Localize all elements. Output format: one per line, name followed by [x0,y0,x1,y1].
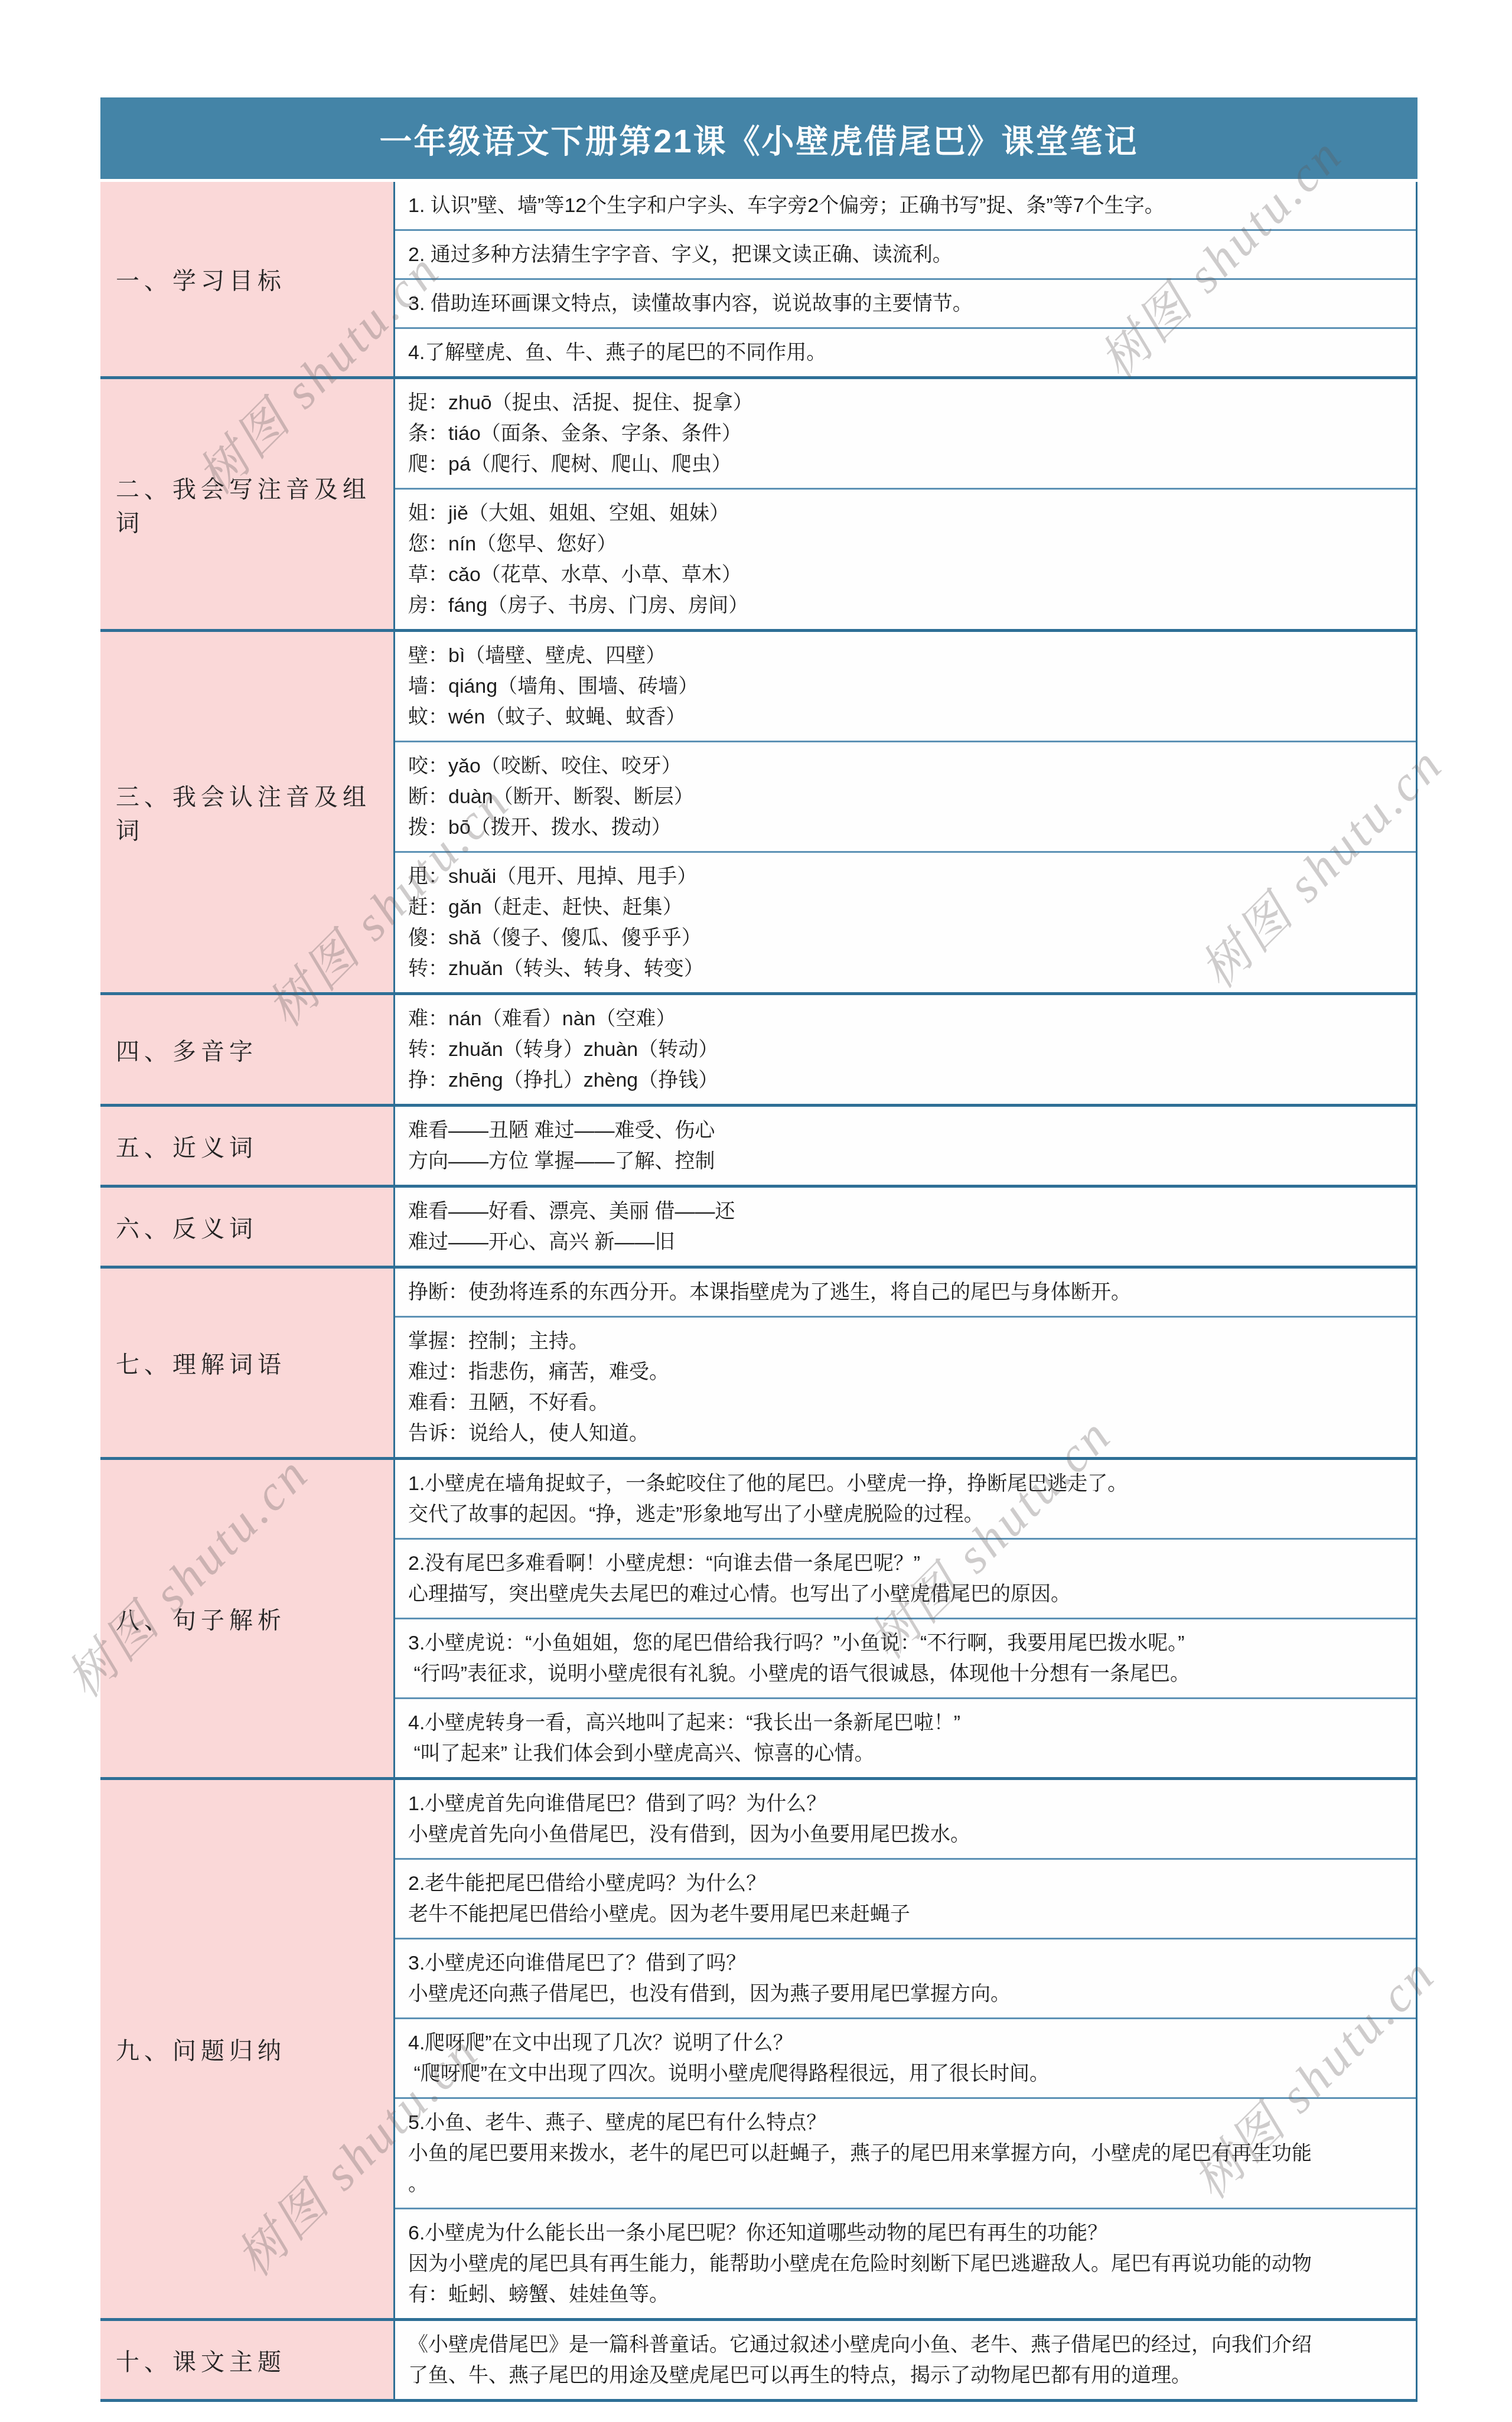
text-line: “行吗”表征求，说明小壁虎很有礼貌。小壁虎的语气很诚恳，体现他十分想有一条尾巴。 [408,1658,1403,1689]
text-line: 赶：gǎn（赶走、赶快、赶集） [408,892,1403,922]
section-label: 五、近义词 [100,1107,393,1185]
text-line: 断：duàn（断开、断裂、断层） [408,781,1403,812]
table-section: 一、学习目标 1. 认识”壁、墙”等12个生字和户字头、车字旁2个偏旁；正确书写… [100,182,1417,376]
text-line: 甩：shuǎi（甩开、甩掉、甩手） [408,861,1403,892]
table-row: 3.小壁虎还向谁借尾巴了？借到了吗？ 小壁虎还向燕子借尾巴，也没有借到，因为燕子… [395,1938,1416,2017]
section-rows: 难：nán（难看）nàn（空难） 转：zhuǎn（转身）zhuàn（转动） 挣：… [393,995,1417,1104]
text-line: 6.小壁虎为什么能长出一条小尾巴呢？你还知道哪些动物的尾巴有再生的功能？ [408,2218,1403,2248]
section-label: 三、我会认注音及组词 [100,632,393,992]
table-row: 4.爬呀爬”在文中出现了几次？说明了什么？ “爬呀爬”在文中出现了四次。说明小壁… [395,2017,1416,2097]
text-line: 3.小壁虎说：“小鱼姐姐，您的尾巴借给我行吗？”小鱼说：“不行啊，我要用尾巴拨水… [408,1628,1403,1658]
table-section: 五、近义词 难看——丑陋 难过——难受、伤心 方向——方位 掌握——了解、控制 [100,1104,1417,1185]
table-section: 七、理解词语 挣断：使劲将连系的东西分开。本课指壁虎为了逃生，将自己的尾巴与身体… [100,1266,1417,1457]
text-line: 爬：pá（爬行、爬树、爬山、爬虫） [408,449,1403,480]
table-row: 1.小壁虎首先向谁借尾巴？借到了吗？为什么？ 小壁虎首先向小鱼借尾巴，没有借到，… [395,1780,1416,1858]
text-line: 难过：指悲伤，痛苦，难受。 [408,1357,1403,1387]
text-line: 墙：qiáng（墙角、围墙、砖墙） [408,671,1403,702]
section-label: 二、我会写注音及组词 [100,379,393,629]
text-line: 2. 通过多种方法猜生字字音、字义，把课文读正确、读流利。 [408,239,1403,270]
table-row: 4.了解壁虎、鱼、牛、燕子的尾巴的不同作用。 [395,327,1416,376]
table-section: 十、课文主题 《小壁虎借尾巴》是一篇科普童话。它通过叙述小壁虎向小鱼、老牛、燕子… [100,2318,1417,2399]
text-line: 4.爬呀爬”在文中出现了几次？说明了什么？ [408,2027,1403,2058]
text-line: 傻：shǎ（傻子、傻瓜、傻乎乎） [408,922,1403,953]
table-row: 2. 通过多种方法猜生字字音、字义，把课文读正确、读流利。 [395,229,1416,278]
table-section: 三、我会认注音及组词 壁：bì（墙壁、壁虎、四壁） 墙：qiáng（墙角、围墙、… [100,629,1417,992]
title-bar: 一年级语文下册第21课《小壁虎借尾巴》课堂笔记 [100,97,1417,179]
table-row: 难：nán（难看）nàn（空难） 转：zhuǎn（转身）zhuàn（转动） 挣：… [395,995,1416,1104]
section-label: 九、问题归纳 [100,1780,393,2318]
text-line: 难看：丑陋，不好看。 [408,1387,1403,1418]
text-line: 《小壁虎借尾巴》是一篇科普童话。它通过叙述小壁虎向小鱼、老牛、燕子借尾巴的经过，… [408,2329,1403,2360]
text-line: 2.老牛能把尾巴借给小壁虎吗？为什么？ [408,1868,1403,1899]
table-row: 3. 借助连环画课文特点，读懂故事内容，说说故事的主要情节。 [395,278,1416,327]
text-line: 难看——好看、漂亮、美丽 借——还 [408,1196,1403,1227]
table-row: 3.小壁虎说：“小鱼姐姐，您的尾巴借给我行吗？”小鱼说：“不行啊，我要用尾巴拨水… [395,1618,1416,1697]
section-rows: 难看——好看、漂亮、美丽 借——还 难过——开心、高兴 新——旧 [393,1188,1417,1266]
section-rows: 《小壁虎借尾巴》是一篇科普童话。它通过叙述小壁虎向小鱼、老牛、燕子借尾巴的经过，… [393,2321,1417,2399]
text-line: 转：zhuǎn（转头、转身、转变） [408,953,1403,984]
table-row: 姐：jiě（大姐、姐姐、空姐、姐妹） 您：nín（您早、您好） 草：cǎo（花草… [395,488,1416,629]
text-line: 1.小壁虎首先向谁借尾巴？借到了吗？为什么？ [408,1788,1403,1819]
text-line: “爬呀爬”在文中出现了四次。说明小壁虎爬得路程很远，用了很长时间。 [408,2058,1403,2089]
text-line: 。 [408,2169,1403,2199]
text-line: 姐：jiě（大姐、姐姐、空姐、姐妹） [408,498,1403,529]
table-section: 六、反义词 难看——好看、漂亮、美丽 借——还 难过——开心、高兴 新——旧 [100,1185,1417,1266]
text-line: 2.没有尾巴多难看啊！小壁虎想：“向谁去借一条尾巴呢？” [408,1548,1403,1579]
text-line: 您：nín（您早、您好） [408,529,1403,559]
table-row: 1. 认识”壁、墙”等12个生字和户字头、车字旁2个偏旁；正确书写”捉、条”等7… [395,182,1416,229]
text-line: 心理描写，突出壁虎失去尾巴的难过心情。也写出了小壁虎借尾巴的原因。 [408,1579,1403,1609]
text-line: 了鱼、牛、燕子尾巴的用途及壁虎尾巴可以再生的特点，揭示了动物尾巴都有用的道理。 [408,2360,1403,2391]
table-section: 四、多音字 难：nán（难看）nàn（空难） 转：zhuǎn（转身）zhuàn（… [100,992,1417,1104]
table-row: 难看——丑陋 难过——难受、伤心 方向——方位 掌握——了解、控制 [395,1107,1416,1185]
page-title: 一年级语文下册第21课《小壁虎借尾巴》课堂笔记 [379,115,1138,162]
section-rows: 壁：bì（墙壁、壁虎、四壁） 墙：qiáng（墙角、围墙、砖墙） 蚊：wén（蚊… [393,632,1417,992]
text-line: 告诉：说给人，使人知道。 [408,1418,1403,1449]
table-row: 掌握：控制；主持。 难过：指悲伤，痛苦，难受。 难看：丑陋，不好看。 告诉：说给… [395,1316,1416,1457]
section-rows: 1.小壁虎首先向谁借尾巴？借到了吗？为什么？ 小壁虎首先向小鱼借尾巴，没有借到，… [393,1780,1417,2318]
table-row: 捉：zhuō（捉虫、活捉、捉住、捉拿） 条：tiáo（面条、金条、字条、条件） … [395,379,1416,488]
text-line: 咬：yǎo（咬断、咬住、咬牙） [408,751,1403,781]
text-line: 转：zhuǎn（转身）zhuàn（转动） [408,1034,1403,1065]
table-row: 咬：yǎo（咬断、咬住、咬牙） 断：duàn（断开、断裂、断层） 拨：bō（拨开… [395,741,1416,851]
text-line: 捉：zhuō（捉虫、活捉、捉住、捉拿） [408,387,1403,418]
text-line: 老牛不能把尾巴借给小壁虎。因为老牛要用尾巴来赶蝇子 [408,1899,1403,1929]
table-row: 壁：bì（墙壁、壁虎、四壁） 墙：qiáng（墙角、围墙、砖墙） 蚊：wén（蚊… [395,632,1416,741]
text-line: 房：fáng（房子、书房、门房、房间） [408,590,1403,621]
table-row: 难看——好看、漂亮、美丽 借——还 难过——开心、高兴 新——旧 [395,1188,1416,1266]
text-line: 4.了解壁虎、鱼、牛、燕子的尾巴的不同作用。 [408,337,1403,368]
text-line: 小壁虎首先向小鱼借尾巴，没有借到，因为小鱼要用尾巴拨水。 [408,1819,1403,1850]
text-line: 拨：bō（拨开、拨水、拨动） [408,812,1403,843]
page: 一年级语文下册第21课《小壁虎借尾巴》课堂笔记 一、学习目标 1. 认识”壁、墙… [100,97,1417,2402]
text-line: 因为小壁虎的尾巴具有再生能力，能帮助小壁虎在危险时刻断下尾巴逃避敌人。尾巴有再说… [408,2248,1403,2279]
table-row: 2.没有尾巴多难看啊！小壁虎想：“向谁去借一条尾巴呢？” 心理描写，突出壁虎失去… [395,1538,1416,1618]
section-label: 八、句子解析 [100,1460,393,1777]
notes-table: 一、学习目标 1. 认识”壁、墙”等12个生字和户字头、车字旁2个偏旁；正确书写… [100,182,1417,2402]
text-line: 难看——丑陋 难过——难受、伤心 [408,1115,1403,1146]
text-line: 小鱼的尾巴要用来拨水，老牛的尾巴可以赶蝇子，燕子的尾巴用来掌握方向，小壁虎的尾巴… [408,2138,1403,2169]
text-line: 3. 借助连环画课文特点，读懂故事内容，说说故事的主要情节。 [408,288,1403,319]
table-row: 甩：shuǎi（甩开、甩掉、甩手） 赶：gǎn（赶走、赶快、赶集） 傻：shǎ（… [395,851,1416,992]
table-section: 八、句子解析 1.小壁虎在墙角捉蚊子，一条蛇咬住了他的尾巴。小壁虎一挣，挣断尾巴… [100,1457,1417,1777]
text-line: 挣：zhēng（挣扎）zhèng（挣钱） [408,1065,1403,1096]
text-line: 1. 认识”壁、墙”等12个生字和户字头、车字旁2个偏旁；正确书写”捉、条”等7… [408,190,1403,221]
text-line: 难过——开心、高兴 新——旧 [408,1227,1403,1257]
table-row: 5.小鱼、老牛、燕子、壁虎的尾巴有什么特点？ 小鱼的尾巴要用来拨水，老牛的尾巴可… [395,2097,1416,2208]
section-label: 十、课文主题 [100,2321,393,2399]
table-row: 1.小壁虎在墙角捉蚊子，一条蛇咬住了他的尾巴。小壁虎一挣，挣断尾巴逃走了。 交代… [395,1460,1416,1538]
section-rows: 捉：zhuō（捉虫、活捉、捉住、捉拿） 条：tiáo（面条、金条、字条、条件） … [393,379,1417,629]
section-label: 一、学习目标 [100,182,393,376]
text-line: 掌握：控制；主持。 [408,1326,1403,1357]
text-line: “叫了起来” 让我们体会到小壁虎高兴、惊喜的心情。 [408,1738,1403,1769]
text-line: 条：tiáo（面条、金条、字条、条件） [408,418,1403,449]
table-row: 挣断：使劲将连系的东西分开。本课指壁虎为了逃生，将自己的尾巴与身体断开。 [395,1269,1416,1316]
text-line: 4.小壁虎转身一看，高兴地叫了起来：“我长出一条新尾巴啦！” [408,1707,1403,1738]
table-row: 6.小壁虎为什么能长出一条小尾巴呢？你还知道哪些动物的尾巴有再生的功能？ 因为小… [395,2208,1416,2318]
section-label: 四、多音字 [100,995,393,1104]
text-line: 3.小壁虎还向谁借尾巴了？借到了吗？ [408,1948,1403,1978]
text-line: 难：nán（难看）nàn（空难） [408,1003,1403,1034]
section-rows: 1.小壁虎在墙角捉蚊子，一条蛇咬住了他的尾巴。小壁虎一挣，挣断尾巴逃走了。 交代… [393,1460,1417,1777]
section-label: 六、反义词 [100,1188,393,1266]
text-line: 有：蚯蚓、螃蟹、娃娃鱼等。 [408,2279,1403,2310]
table-section: 二、我会写注音及组词 捉：zhuō（捉虫、活捉、捉住、捉拿） 条：tiáo（面条… [100,376,1417,629]
section-rows: 1. 认识”壁、墙”等12个生字和户字头、车字旁2个偏旁；正确书写”捉、条”等7… [393,182,1417,376]
text-line: 草：cǎo（花草、水草、小草、草木） [408,559,1403,590]
section-label: 七、理解词语 [100,1269,393,1457]
text-line: 蚊：wén（蚊子、蚊蝇、蚊香） [408,702,1403,732]
text-line: 5.小鱼、老牛、燕子、壁虎的尾巴有什么特点？ [408,2107,1403,2138]
table-row: 《小壁虎借尾巴》是一篇科普童话。它通过叙述小壁虎向小鱼、老牛、燕子借尾巴的经过，… [395,2321,1416,2399]
section-rows: 难看——丑陋 难过——难受、伤心 方向——方位 掌握——了解、控制 [393,1107,1417,1185]
text-line: 小壁虎还向燕子借尾巴，也没有借到，因为燕子要用尾巴掌握方向。 [408,1978,1403,2009]
text-line: 壁：bì（墙壁、壁虎、四壁） [408,640,1403,671]
text-line: 1.小壁虎在墙角捉蚊子，一条蛇咬住了他的尾巴。小壁虎一挣，挣断尾巴逃走了。 [408,1468,1403,1499]
text-line: 方向——方位 掌握——了解、控制 [408,1146,1403,1176]
text-line: 挣断：使劲将连系的东西分开。本课指壁虎为了逃生，将自己的尾巴与身体断开。 [408,1277,1403,1308]
text-line: 交代了故事的起因。“挣，逃走”形象地写出了小壁虎脱险的过程。 [408,1499,1403,1530]
table-row: 2.老牛能把尾巴借给小壁虎吗？为什么？ 老牛不能把尾巴借给小壁虎。因为老牛要用尾… [395,1858,1416,1938]
table-row: 4.小壁虎转身一看，高兴地叫了起来：“我长出一条新尾巴啦！” “叫了起来” 让我… [395,1697,1416,1777]
table-section: 九、问题归纳 1.小壁虎首先向谁借尾巴？借到了吗？为什么？ 小壁虎首先向小鱼借尾… [100,1777,1417,2318]
section-rows: 挣断：使劲将连系的东西分开。本课指壁虎为了逃生，将自己的尾巴与身体断开。 掌握：… [393,1269,1417,1457]
